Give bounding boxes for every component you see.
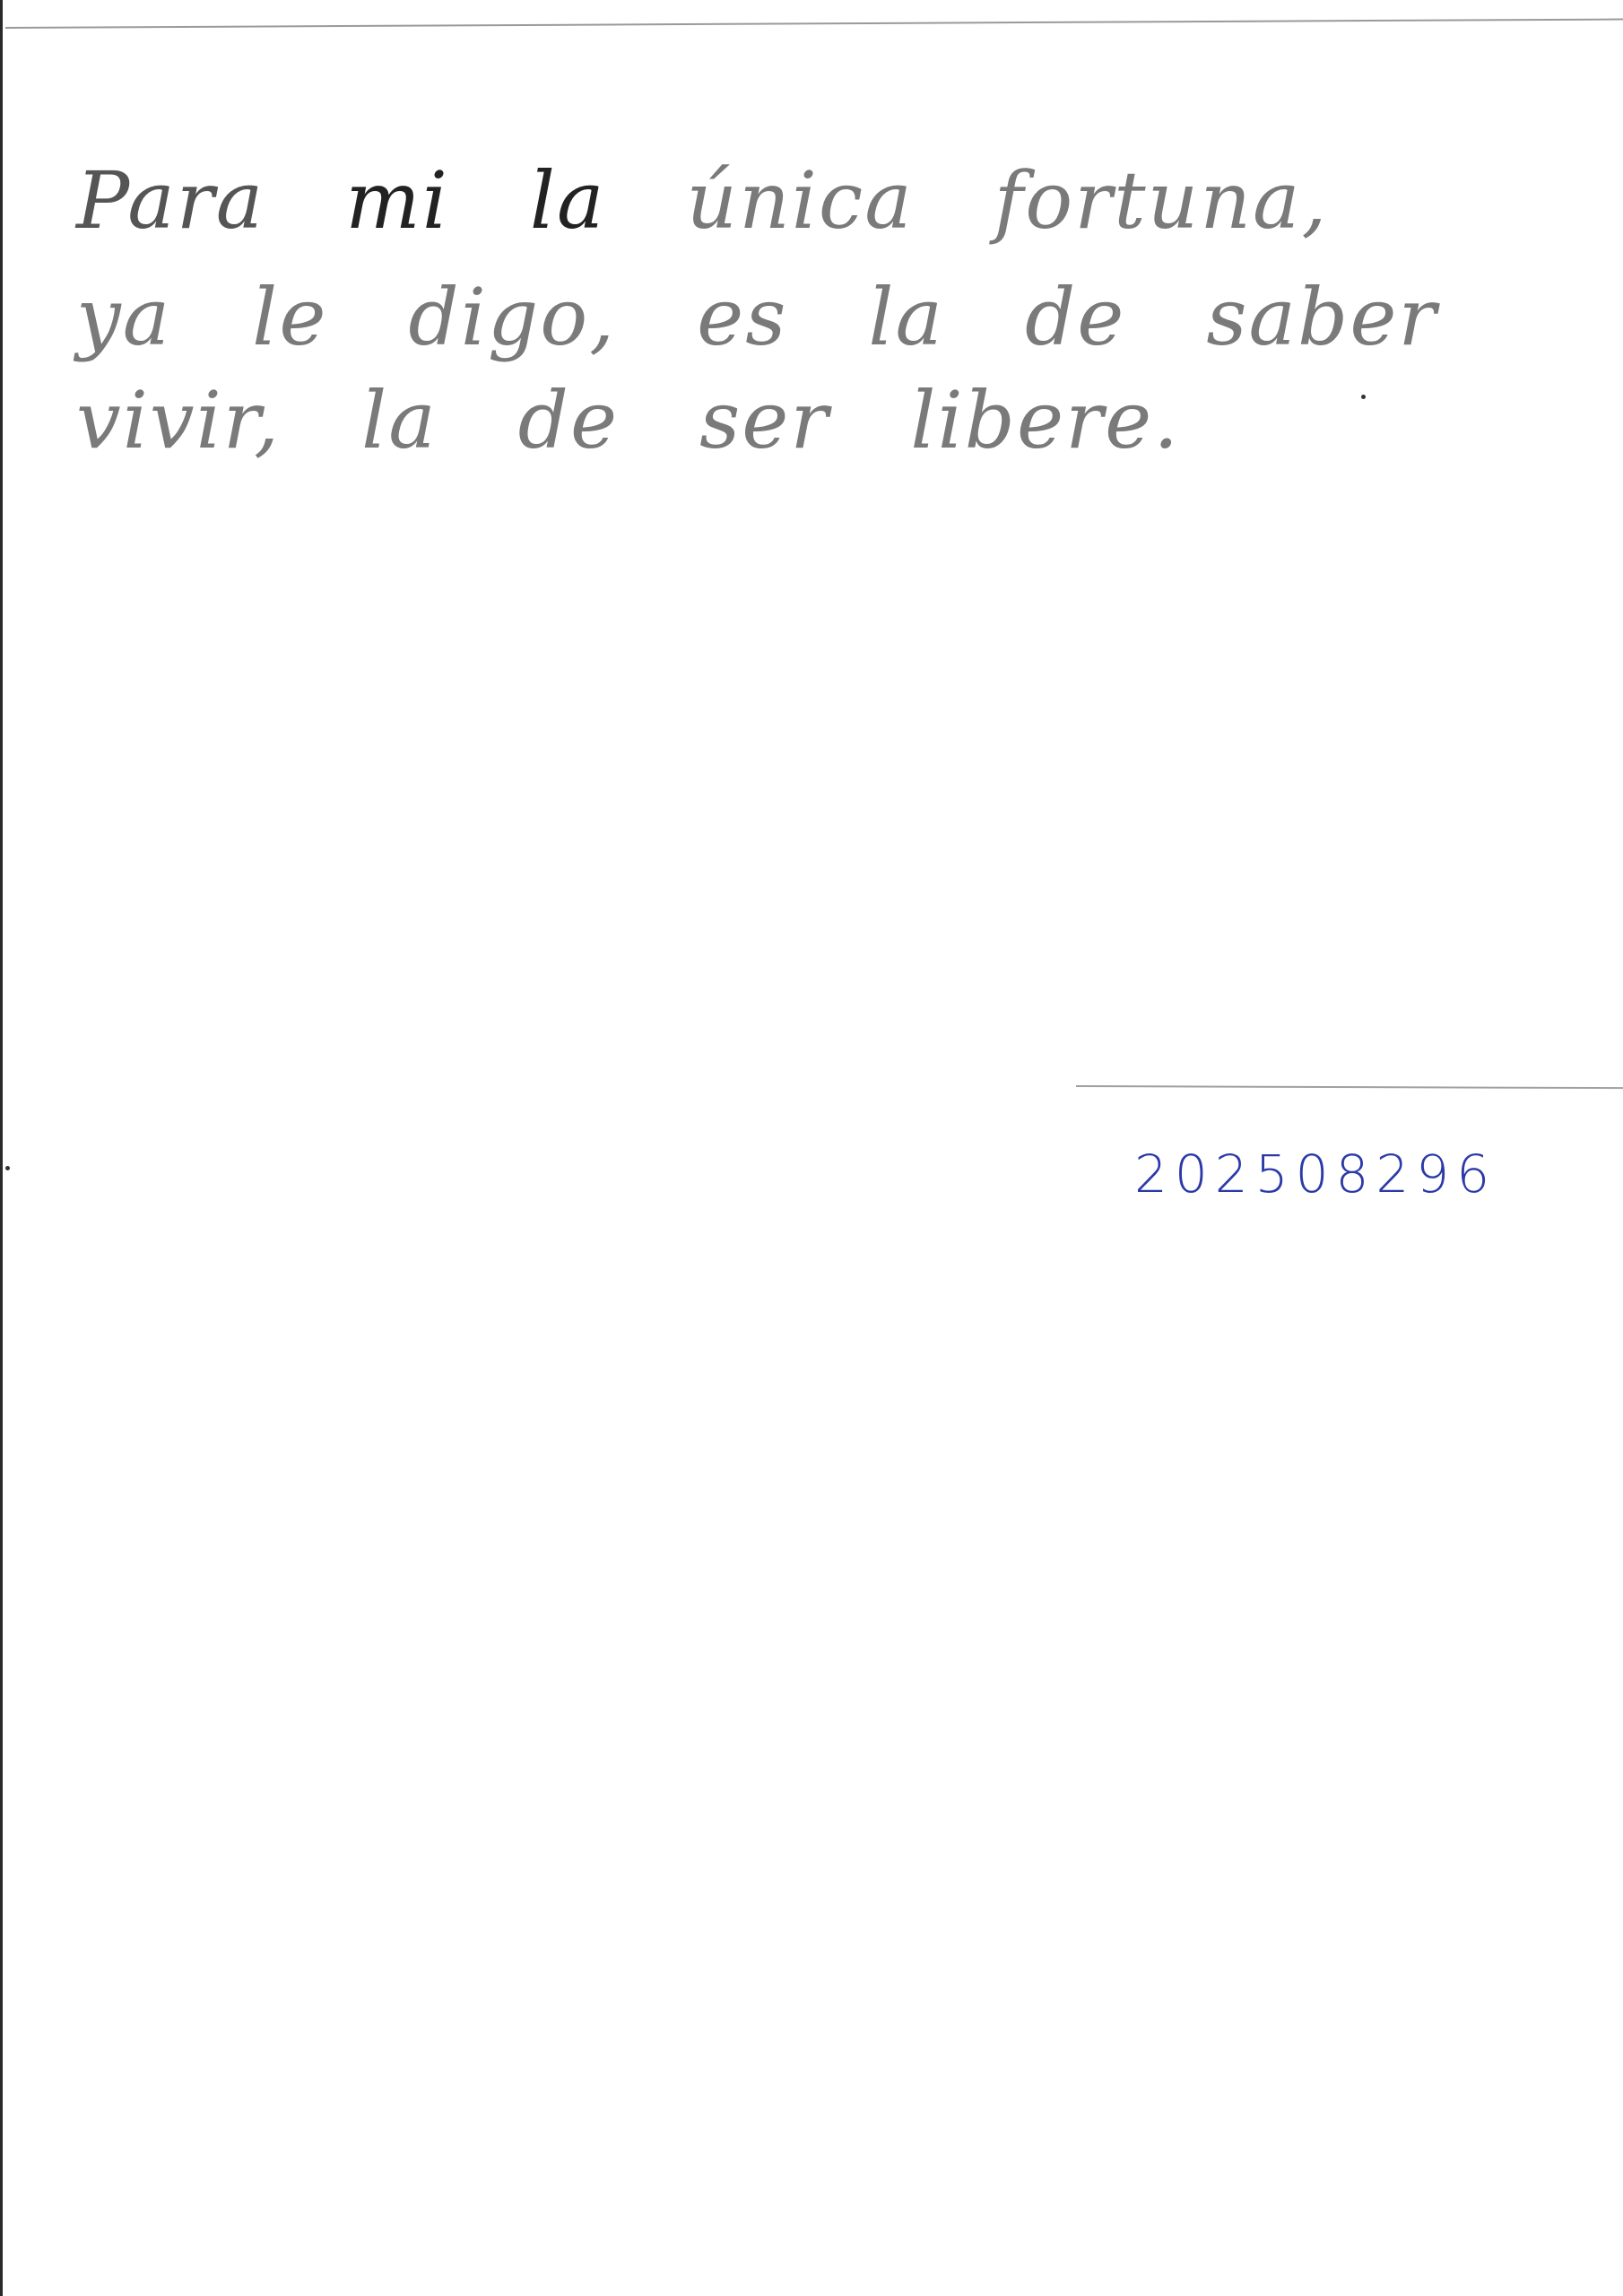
word: ya: [76, 278, 171, 357]
top-rule-line: [5, 19, 1623, 29]
word: libere.: [910, 381, 1180, 460]
word: la: [361, 381, 438, 460]
word: es: [697, 278, 787, 357]
word: ser: [699, 381, 829, 460]
id-number: 202508296: [1134, 1144, 1497, 1205]
word: de: [518, 381, 619, 460]
word: Para: [76, 161, 265, 240]
word: digo,: [408, 278, 616, 357]
word: la: [530, 161, 606, 240]
page-left-edge: [0, 0, 3, 2296]
word: saber: [1206, 278, 1437, 357]
stray-mark: [5, 1166, 10, 1170]
handwriting-line-3: vivir, la de ser libere.: [76, 381, 1234, 460]
word: la: [868, 278, 944, 357]
word: le: [252, 278, 327, 357]
word: única: [686, 161, 913, 240]
word: fortuna,: [994, 161, 1329, 240]
signature-rule-line: [1076, 1085, 1623, 1089]
word: vivir,: [76, 381, 281, 460]
word: mi: [345, 161, 449, 240]
handwriting-line-1: Para mi la única fortuna,: [76, 161, 1382, 240]
handwriting-line-2: ya le digo, es la de saber: [76, 278, 1491, 357]
stray-mark: [1361, 395, 1366, 399]
word: de: [1025, 278, 1125, 357]
